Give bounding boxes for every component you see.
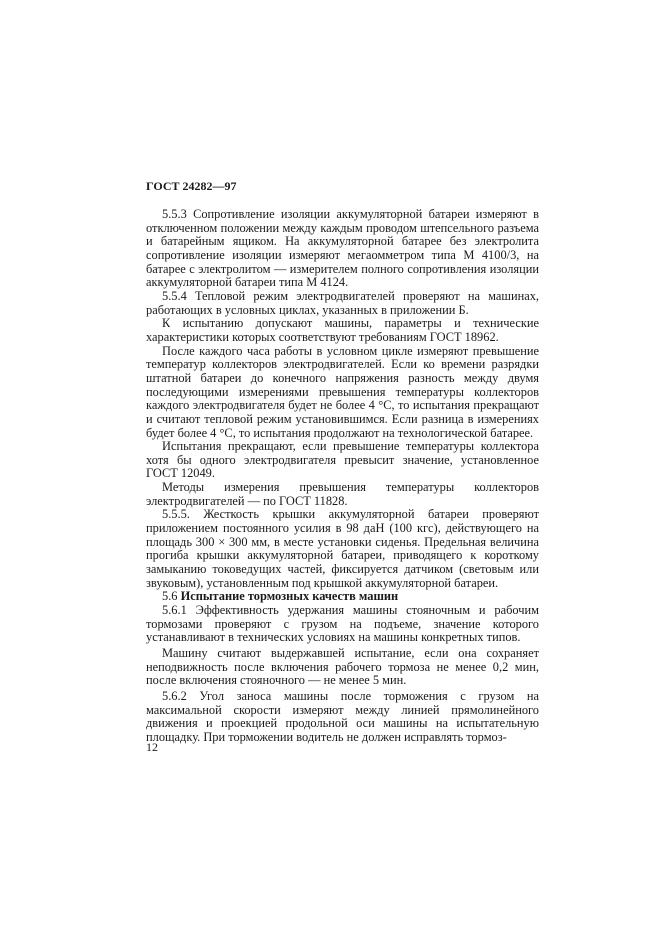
paragraph-5-6-1: 5.6.1 Эффективность удержания машины сто… <box>146 604 539 645</box>
paragraph-5-6-2: 5.6.2 Угол заноса машины после торможени… <box>146 690 539 745</box>
section-heading-5-6: 5.6 Испытание тормозных качеств машин <box>146 590 539 604</box>
paragraph-5-5-5: 5.5.5. Жесткость крышки аккумуляторной б… <box>146 508 539 590</box>
document-header: ГОСТ 24282—97 <box>146 179 237 194</box>
section-number: 5.6 <box>162 589 178 603</box>
paragraph-5-5-4: 5.5.4 Тепловой режим электродвигателей п… <box>146 290 539 317</box>
paragraph-methods: Методы измерения превышения температуры … <box>146 481 539 508</box>
page-number: 12 <box>146 740 158 755</box>
paragraph-hold-test: Машину считают выдержавшей испытание, ес… <box>146 647 539 688</box>
paragraph-5-5-3: 5.5.3 Сопротивление изоляции аккумулятор… <box>146 208 539 290</box>
paragraph-stop-condition: Испытания прекращают, если превышение те… <box>146 440 539 481</box>
paragraph-hourly-measure: После каждого часа работы в условном цик… <box>146 345 539 441</box>
section-title: Испытание тормозных качеств машин <box>181 589 399 603</box>
document-body: 5.5.3 Сопротивление изоляции аккумулятор… <box>146 208 539 745</box>
paragraph-admission: К испытанию допускают машины, параметры … <box>146 317 539 344</box>
